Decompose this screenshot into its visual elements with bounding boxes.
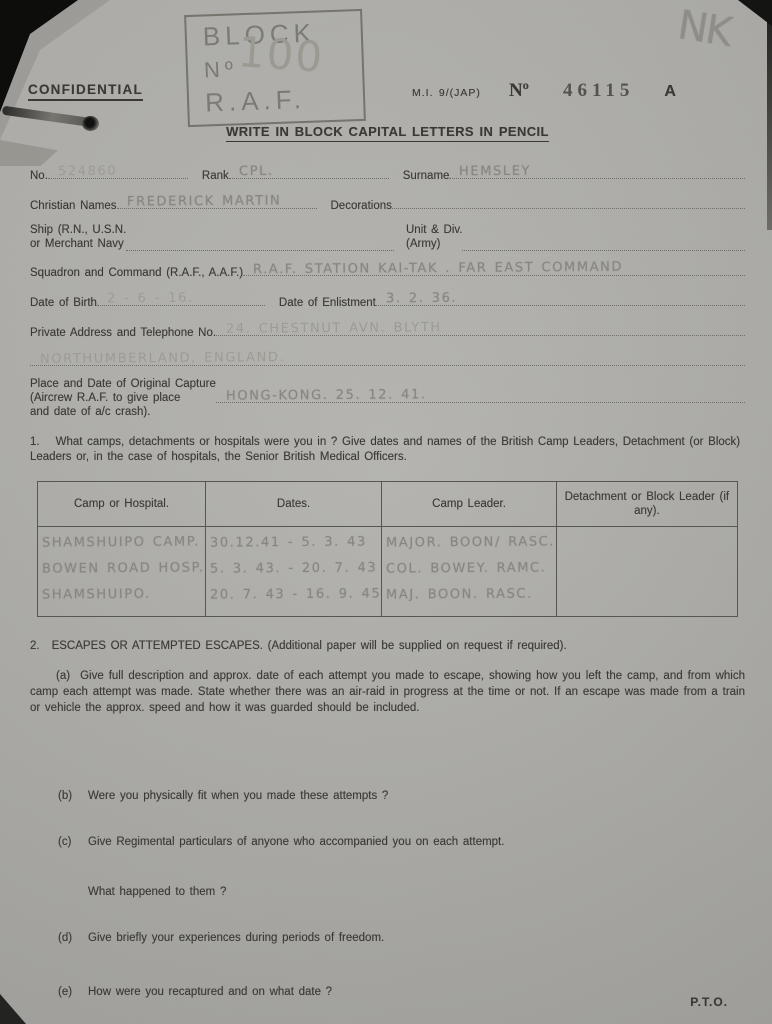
scan-artifact-top-right-corner xyxy=(738,0,772,26)
date-of-enlistment-value: 3. 2. 36. xyxy=(386,291,457,306)
pencil-initials-mark: NK xyxy=(675,2,734,56)
item-c-label: (c) xyxy=(58,836,88,848)
unit-label: Unit & Div. (Army) xyxy=(406,223,462,251)
camp-entry-1: SHAMSHUIPO CAMP. xyxy=(42,529,205,556)
address-field-line1[interactable]: 24. CHESTNUT AVN. BLYTH xyxy=(216,320,745,336)
scan-artifact-right-edge xyxy=(767,0,772,230)
detachment-entry-3 xyxy=(561,529,737,530)
item-c: (c) Give Regimental particulars of anyon… xyxy=(58,836,745,848)
squadron-field[interactable]: R.A.F. STATION KAI-TAK . FAR EAST COMMAN… xyxy=(243,260,745,276)
item-a-label: (a) xyxy=(56,670,70,682)
date-of-birth-label: Date of Birth xyxy=(30,297,97,309)
date-of-enlistment-field[interactable]: 3. 2. 36. xyxy=(376,290,745,306)
serial-number: 46115 xyxy=(563,80,634,102)
no-field[interactable]: 524860 xyxy=(48,163,188,179)
no-abbreviation: Nº xyxy=(509,80,529,102)
capture-label: Place and Date of Original Capture (Airc… xyxy=(30,377,216,419)
item-b-text: Were you physically fit when you made th… xyxy=(88,790,388,802)
squadron-label: Squadron and Command (R.A.F., A.A.F.) xyxy=(30,267,243,279)
scanned-pow-questionnaire-form: CONFIDENTIAL BLOCK Nº R.A.F. 100 M.I. 9/… xyxy=(0,0,772,1024)
item-e-text: How were you recaptured and on what date… xyxy=(88,986,332,998)
mi9-reference: M.I. 9/(JAP) xyxy=(412,87,481,99)
item-a: (a) Give full description and approx. da… xyxy=(30,668,745,716)
section-2-number: 2. xyxy=(30,640,40,652)
rank-label: Rank xyxy=(202,170,229,182)
row-ship-unit: Ship (R.N., U.S.N. or Merchant Navy Unit… xyxy=(30,223,745,251)
item-b: (b) Were you physically fit when you mad… xyxy=(58,790,745,802)
date-of-birth-field[interactable]: 2 - 6 - 16. xyxy=(97,290,265,306)
ship-field[interactable] xyxy=(126,235,394,251)
col-header-camp: Camp or Hospital. xyxy=(38,482,206,527)
dates-entry-2: 5. 3. 43. - 20. 7. 43 xyxy=(210,555,382,582)
item-d: (d) Give briefly your experiences during… xyxy=(58,932,745,944)
no-label: No. xyxy=(30,170,48,182)
row-capture: Place and Date of Original Capture (Airc… xyxy=(30,377,745,419)
date-of-birth-value: 2 - 6 - 16. xyxy=(107,291,194,307)
page-turn-over-label: P.T.O. xyxy=(690,995,728,1009)
address-value-line2: NORTHUMBERLAND, ENGLAND. xyxy=(40,350,285,367)
christian-names-field[interactable]: FREDERICK MARTIN xyxy=(117,193,317,209)
capture-field[interactable]: HONG-KONG. 25. 12. 41. xyxy=(216,387,745,403)
item-e: (e) How were you recaptured and on what … xyxy=(58,986,745,998)
row-no-rank-surname: No. 524860 Rank CPL. Surname HEMSLEY xyxy=(30,163,745,182)
camp-entry-2: BOWEN ROAD HOSP. xyxy=(42,555,205,582)
date-of-enlistment-label: Date of Enlistment xyxy=(279,297,376,309)
section-2-title: 2.ESCAPES OR ATTEMPTED ESCAPES. (Additio… xyxy=(30,639,745,654)
dates-entry-3: 20. 7. 43 - 16. 9. 45 xyxy=(210,581,382,608)
question-1-number: 1. xyxy=(30,436,40,448)
address-field-line2[interactable]: NORTHUMBERLAND, ENGLAND. xyxy=(30,350,745,366)
item-d-text: Give briefly your experiences during per… xyxy=(88,932,384,944)
detachment-entry-1 xyxy=(561,529,737,530)
handwritten-block-number: 100 xyxy=(236,27,325,82)
item-c-text: Give Regimental particulars of anyone wh… xyxy=(88,836,504,848)
col-header-dates: Dates. xyxy=(205,482,381,527)
rank-field[interactable]: CPL. xyxy=(229,163,389,179)
confidential-label: CONFIDENTIAL xyxy=(28,82,143,101)
camp-cell[interactable]: SHAMSHUIPO CAMP. BOWEN ROAD HOSP. SHAMSH… xyxy=(38,527,206,617)
question-1: 1.What camps, detachments or hospitals w… xyxy=(30,435,745,465)
instruction-heading: WRITE IN BLOCK CAPITAL LETTERS IN PENCIL xyxy=(30,124,745,139)
surname-label: Surname xyxy=(403,170,450,182)
leader-entry-2: COL. BOWEY. RAMC. xyxy=(386,555,556,582)
stamp-line-raf: R.A.F. xyxy=(205,81,364,119)
surname-field[interactable]: HEMSLEY xyxy=(449,163,745,179)
no-value: 524860 xyxy=(58,164,117,179)
squadron-value: R.A.F. STATION KAI-TAK . FAR EAST COMMAN… xyxy=(253,260,623,278)
address-label: Private Address and Telephone No. xyxy=(30,327,216,339)
dates-entry-1: 30.12.41 - 5. 3. 43 xyxy=(210,529,382,556)
item-d-label: (d) xyxy=(58,932,88,944)
unit-field[interactable] xyxy=(462,235,745,251)
camps-table: Camp or Hospital. Dates. Camp Leader. De… xyxy=(37,481,738,617)
scan-artifact-bottom-left-corner xyxy=(0,994,26,1024)
address-value-line1: 24. CHESTNUT AVN. BLYTH xyxy=(226,320,442,337)
serial-suffix: A xyxy=(664,83,676,101)
decorations-field[interactable] xyxy=(392,193,745,209)
form-body: WRITE IN BLOCK CAPITAL LETTERS IN PENCIL… xyxy=(30,124,745,998)
row-address: Private Address and Telephone No. 24. CH… xyxy=(30,320,745,339)
question-1-text: What camps, detachments or hospitals wer… xyxy=(30,436,740,463)
leader-entry-3: MAJ. BOON. RASC. xyxy=(386,581,556,608)
item-a-text: Give full description and approx. date o… xyxy=(30,670,745,714)
rank-value: CPL. xyxy=(239,164,274,179)
col-header-leader: Camp Leader. xyxy=(382,482,557,527)
row-names-decorations: Christian Names FREDERICK MARTIN Decorat… xyxy=(30,193,745,212)
serial-number-line: M.I. 9/(JAP) Nº 46115 A xyxy=(412,80,676,102)
row-address-continued: NORTHUMBERLAND, ENGLAND. xyxy=(30,350,745,366)
camps-table-body-row: SHAMSHUIPO CAMP. BOWEN ROAD HOSP. SHAMSH… xyxy=(38,527,738,617)
row-dates: Date of Birth 2 - 6 - 16. Date of Enlist… xyxy=(30,290,745,309)
christian-names-value: FREDERICK MARTIN xyxy=(126,193,280,209)
col-header-detachment: Detachment or Block Leader (if any). xyxy=(556,482,737,527)
camp-entry-3: SHAMSHUIPO. xyxy=(42,581,205,608)
item-c-followup: What happened to them ? xyxy=(88,886,745,898)
detachment-entry-2 xyxy=(561,529,737,530)
surname-value: HEMSLEY xyxy=(459,164,531,180)
item-e-label: (e) xyxy=(58,986,88,998)
decorations-label: Decorations xyxy=(331,200,392,212)
ship-label: Ship (R.N., U.S.N. or Merchant Navy xyxy=(30,223,126,251)
leader-cell[interactable]: MAJOR. BOON/ RASC. COL. BOWEY. RAMC. MAJ… xyxy=(382,527,557,617)
dates-cell[interactable]: 30.12.41 - 5. 3. 43 5. 3. 43. - 20. 7. 4… xyxy=(205,527,381,617)
detachment-cell[interactable] xyxy=(556,527,737,617)
leader-entry-1: MAJOR. BOON/ RASC. xyxy=(386,529,556,556)
christian-names-label: Christian Names xyxy=(30,200,117,212)
camps-table-header-row: Camp or Hospital. Dates. Camp Leader. De… xyxy=(38,482,738,527)
row-squadron: Squadron and Command (R.A.F., A.A.F.) R.… xyxy=(30,260,745,279)
capture-value: HONG-KONG. 25. 12. 41. xyxy=(226,387,427,403)
item-b-label: (b) xyxy=(58,790,88,802)
